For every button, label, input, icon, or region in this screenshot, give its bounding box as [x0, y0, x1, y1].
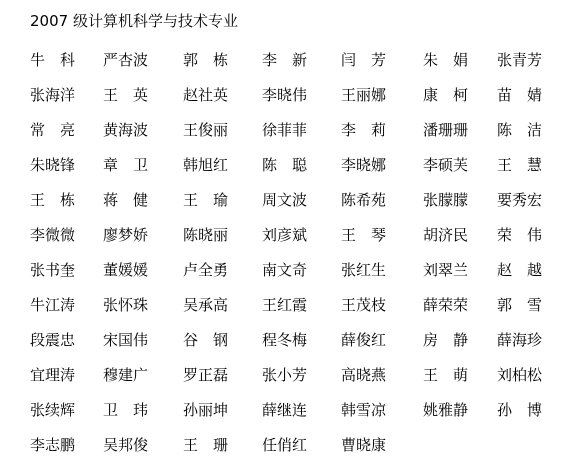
name-cell: 刘彦斌 — [262, 217, 341, 252]
name-cell: 张青芳 — [497, 42, 570, 77]
name-cell: 卢全勇 — [183, 252, 262, 287]
name-cell: 韩旭红 — [183, 147, 262, 182]
name-cell: 陈晓丽 — [183, 217, 262, 252]
name-cell: 牛 科 — [30, 42, 103, 77]
name-cell: 孙丽坤 — [183, 392, 262, 427]
name-cell: 罗正磊 — [183, 357, 262, 392]
name-cell: 刘柏松 — [497, 357, 570, 392]
name-cell: 廖梦娇 — [103, 217, 183, 252]
name-cell: 陈 聪 — [262, 147, 341, 182]
name-cell: 陈希苑 — [341, 182, 423, 217]
name-cell: 王 栋 — [30, 182, 103, 217]
name-cell: 王茂枝 — [341, 287, 423, 322]
name-cell: 张小芳 — [262, 357, 341, 392]
name-cell: 刘翠兰 — [423, 252, 497, 287]
name-cell: 张怀珠 — [103, 287, 183, 322]
name-cell: 牛江涛 — [30, 287, 103, 322]
name-cell: 李晓伟 — [262, 77, 341, 112]
name-cell: 南文奇 — [262, 252, 341, 287]
name-cell: 王 瑜 — [183, 182, 262, 217]
name-cell: 朱 娟 — [423, 42, 497, 77]
name-cell: 张续辉 — [30, 392, 103, 427]
name-cell: 周文波 — [262, 182, 341, 217]
name-cell: 潘珊珊 — [423, 112, 497, 147]
name-cell: 胡济民 — [423, 217, 497, 252]
name-cell: 朱晓锋 — [30, 147, 103, 182]
name-cell: 严杏波 — [103, 42, 183, 77]
name-cell: 曹晓康 — [341, 427, 423, 462]
name-cell: 赵社英 — [183, 77, 262, 112]
name-cell: 吴邦俊 — [103, 427, 183, 462]
name-cell: 王俊丽 — [183, 112, 262, 147]
name-cell: 要秀宏 — [497, 182, 570, 217]
name-cell: 康 柯 — [423, 77, 497, 112]
name-cell: 李硕芙 — [423, 147, 497, 182]
name-cell: 张红生 — [341, 252, 423, 287]
name-cell: 李志鹏 — [30, 427, 103, 462]
name-cell: 李晓娜 — [341, 147, 423, 182]
name-cell: 韩雪凉 — [341, 392, 423, 427]
name-cell: 董媛媛 — [103, 252, 183, 287]
name-cell: 王 珊 — [183, 427, 262, 462]
name-cell: 李 莉 — [341, 112, 423, 147]
name-cell: 孙 博 — [497, 392, 570, 427]
name-cell: 薛荣荣 — [423, 287, 497, 322]
name-cell: 蒋 健 — [103, 182, 183, 217]
name-cell: 宜理涛 — [30, 357, 103, 392]
name-cell: 穆建广 — [103, 357, 183, 392]
name-grid: 牛 科严杏波郭 栋李 新闫 芳朱 娟张青芳张海洋王 英赵社英李晓伟王丽娜康 柯苗… — [30, 42, 570, 462]
roster-page: 2007 级计算机科学与技术专业 牛 科严杏波郭 栋李 新闫 芳朱 娟张青芳张海… — [0, 0, 580, 471]
name-cell: 赵 越 — [497, 252, 570, 287]
name-cell: 程冬梅 — [262, 322, 341, 357]
name-cell: 荣 伟 — [497, 217, 570, 252]
name-cell: 陈 洁 — [497, 112, 570, 147]
name-cell: 王 琴 — [341, 217, 423, 252]
name-cell: 苗 婧 — [497, 77, 570, 112]
name-cell: 任俏红 — [262, 427, 341, 462]
page-title: 2007 级计算机科学与技术专业 — [30, 12, 580, 30]
name-cell: 房 静 — [423, 322, 497, 357]
name-cell: 张海洋 — [30, 77, 103, 112]
name-cell: 段震忠 — [30, 322, 103, 357]
name-cell: 谷 钢 — [183, 322, 262, 357]
name-cell: 王 慧 — [497, 147, 570, 182]
name-cell: 王红霞 — [262, 287, 341, 322]
name-cell: 章 卫 — [103, 147, 183, 182]
name-cell: 李微微 — [30, 217, 103, 252]
name-cell: 张书奎 — [30, 252, 103, 287]
name-cell: 张朦朦 — [423, 182, 497, 217]
name-cell: 姚雅静 — [423, 392, 497, 427]
name-cell: 高晓燕 — [341, 357, 423, 392]
name-cell: 郭 栋 — [183, 42, 262, 77]
name-cell: 王 萌 — [423, 357, 497, 392]
name-cell: 李 新 — [262, 42, 341, 77]
name-cell: 闫 芳 — [341, 42, 423, 77]
name-cell: 薛海珍 — [497, 322, 570, 357]
name-cell: 常 亮 — [30, 112, 103, 147]
name-cell: 薛俊红 — [341, 322, 423, 357]
name-cell: 王丽娜 — [341, 77, 423, 112]
name-cell: 吴承高 — [183, 287, 262, 322]
name-cell: 宋国伟 — [103, 322, 183, 357]
name-cell: 郭 雪 — [497, 287, 570, 322]
name-cell: 黄海波 — [103, 112, 183, 147]
name-cell: 卫 玮 — [103, 392, 183, 427]
name-cell: 薛继连 — [262, 392, 341, 427]
name-cell: 王 英 — [103, 77, 183, 112]
name-cell: 徐菲菲 — [262, 112, 341, 147]
